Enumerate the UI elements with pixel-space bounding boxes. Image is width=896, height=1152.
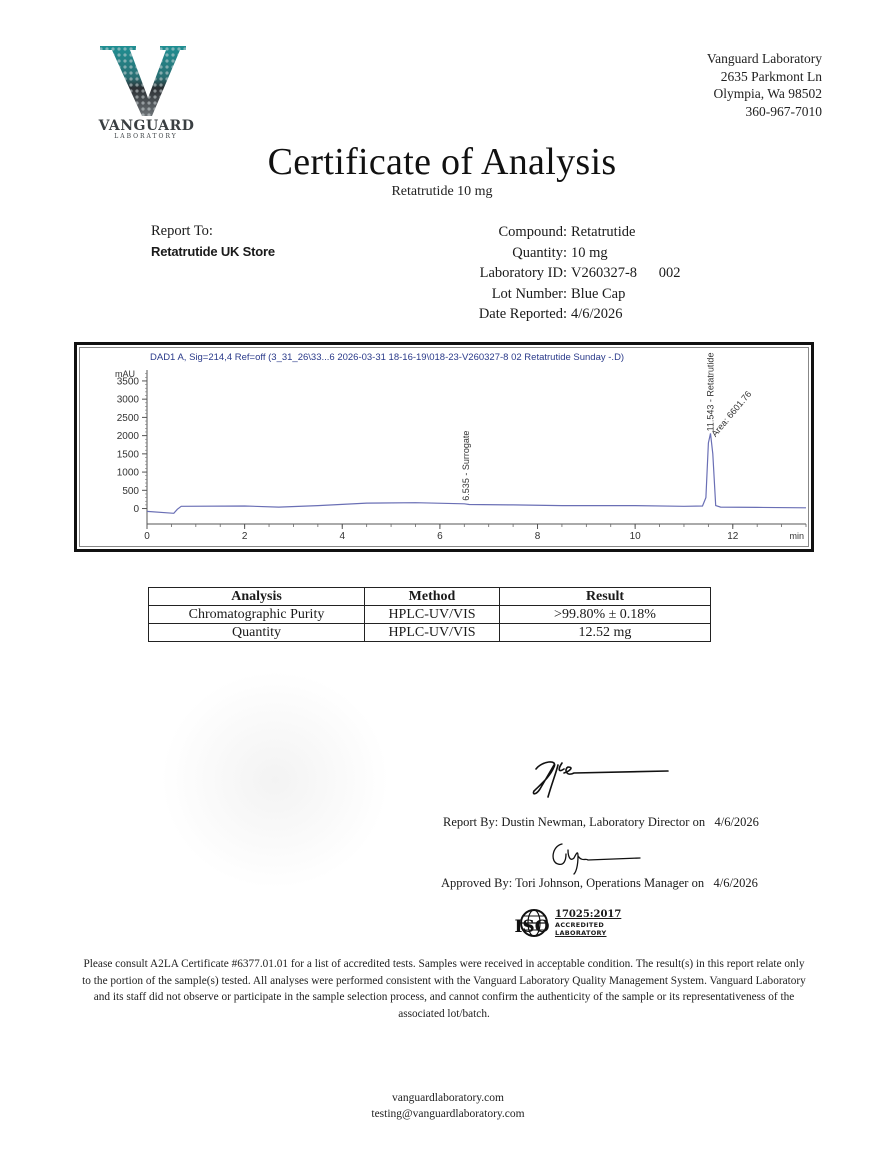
col-method: Method <box>365 588 500 606</box>
y-tick-label: 1500 <box>117 449 140 460</box>
peak-label: 6.535 - Surrogate <box>461 431 471 501</box>
scan-artifact <box>160 670 390 890</box>
iso-accreditation-badge: ISO 17025:2017 ACCREDITED LABORATORY <box>512 907 622 941</box>
info-row-lot: Lot Number: Blue Cap <box>440 284 681 305</box>
info-row-compound: Compound: Retatrutide <box>440 222 681 243</box>
svg-text:ISO: ISO <box>514 917 549 937</box>
cell-analysis: Chromatographic Purity <box>149 606 365 624</box>
report-to-value: Retatrutide UK Store <box>151 244 275 259</box>
x-tick-label: 0 <box>144 531 150 542</box>
peak-label: 11.543 - Retatrutide <box>705 353 715 432</box>
info-value: Blue Cap <box>571 284 625 305</box>
table-row: Chromatographic Purity HPLC-UV/VIS >99.8… <box>149 606 711 624</box>
y-tick-label: 2000 <box>117 431 140 442</box>
signature-tori-johnson <box>548 836 643 876</box>
info-value: 10 mg <box>571 243 608 264</box>
table-row: Quantity HPLC-UV/VIS 12.52 mg <box>149 624 711 642</box>
disclaimer: Please consult A2LA Certificate #6377.01… <box>82 956 806 1022</box>
x-tick-label: 12 <box>727 531 739 542</box>
address-line: Olympia, Wa 98502 <box>707 85 822 103</box>
info-value: 4/6/2026 <box>571 304 623 325</box>
x-tick-label: 10 <box>630 531 642 542</box>
y-tick-label: 500 <box>122 486 139 497</box>
x-tick-label: 4 <box>339 531 345 542</box>
signature-dustin-newman <box>528 755 673 800</box>
chromatogram: DAD1 A, Sig=214,4 Ref=off (3_31_26\33...… <box>74 342 814 552</box>
cell-analysis: Quantity <box>149 624 365 642</box>
y-tick-label: 1000 <box>117 468 140 479</box>
report-to-label: Report To: <box>151 223 213 240</box>
iso-accredited: ACCREDITED <box>555 921 604 929</box>
x-tick-label: 6 <box>437 531 443 542</box>
results-table: Analysis Method Result Chromatographic P… <box>148 587 711 642</box>
footer-website[interactable]: vanguardlaboratory.com <box>0 1090 896 1106</box>
info-value: Retatrutide <box>571 222 635 243</box>
x-tick-label: 8 <box>535 531 541 542</box>
lab-address: Vanguard Laboratory 2635 Parkmont Ln Oly… <box>707 50 822 120</box>
page-title: Certificate of Analysis <box>0 140 884 184</box>
iso-laboratory: LABORATORY <box>555 929 607 937</box>
approved-by: Approved By: Tori Johnson, Operations Ma… <box>441 876 758 891</box>
x-tick-label: 2 <box>242 531 248 542</box>
footer: vanguardlaboratory.com testing@vanguardl… <box>0 1090 896 1122</box>
x-axis-label: min <box>789 531 804 541</box>
y-tick-label: 0 <box>133 504 139 515</box>
info-label: Quantity: <box>440 243 571 264</box>
info-label: Lot Number: <box>440 284 571 305</box>
info-row-lab-id: Laboratory ID: V260327-8 002 <box>440 263 681 284</box>
report-by: Report By: Dustin Newman, Laboratory Dir… <box>443 815 759 830</box>
y-tick-label: 3500 <box>117 376 140 387</box>
info-label: Compound: <box>440 222 571 243</box>
info-row-quantity: Quantity: 10 mg <box>440 243 681 264</box>
v-logo-icon <box>86 40 206 120</box>
chart-title: DAD1 A, Sig=214,4 Ref=off (3_31_26\33...… <box>150 352 624 363</box>
peak-area-label: Area: 6601.76 <box>709 389 753 439</box>
vanguard-logo: VANGUARD LABORATORY <box>86 40 206 140</box>
y-tick-label: 2500 <box>117 413 140 424</box>
chromatogram-plot-area: DAD1 A, Sig=214,4 Ref=off (3_31_26\33...… <box>79 347 809 547</box>
cell-result: 12.52 mg <box>500 624 711 642</box>
cell-method: HPLC-UV/VIS <box>365 624 500 642</box>
info-label: Date Reported: <box>440 304 571 325</box>
logo-brand: VANGUARD <box>89 118 204 134</box>
col-analysis: Analysis <box>149 588 365 606</box>
footer-email[interactable]: testing@vanguardlaboratory.com <box>0 1106 896 1122</box>
address-line: 2635 Parkmont Ln <box>707 68 822 86</box>
logo-sub: LABORATORY <box>86 133 206 140</box>
page-subtitle: Retatrutide 10 mg <box>0 184 884 200</box>
results-header-row: Analysis Method Result <box>149 588 711 606</box>
info-row-date: Date Reported: 4/6/2026 <box>440 304 681 325</box>
cell-result: >99.80% ± 0.18% <box>500 606 711 624</box>
info-value: V260327-8 002 <box>571 263 681 284</box>
cell-method: HPLC-UV/VIS <box>365 606 500 624</box>
col-result: Result <box>500 588 711 606</box>
chromatogram-chart: DAD1 A, Sig=214,4 Ref=off (3_31_26\33...… <box>80 348 808 546</box>
sample-info: Compound: Retatrutide Quantity: 10 mg La… <box>440 222 681 325</box>
iso-standard: 17025:2017 <box>555 909 621 920</box>
info-label: Laboratory ID: <box>440 263 571 284</box>
y-tick-label: 3000 <box>117 395 140 406</box>
chromatogram-trace <box>147 433 806 513</box>
address-phone: 360-967-7010 <box>707 103 822 121</box>
iso-globe-icon: ISO <box>512 908 552 938</box>
address-line: Vanguard Laboratory <box>707 50 822 68</box>
